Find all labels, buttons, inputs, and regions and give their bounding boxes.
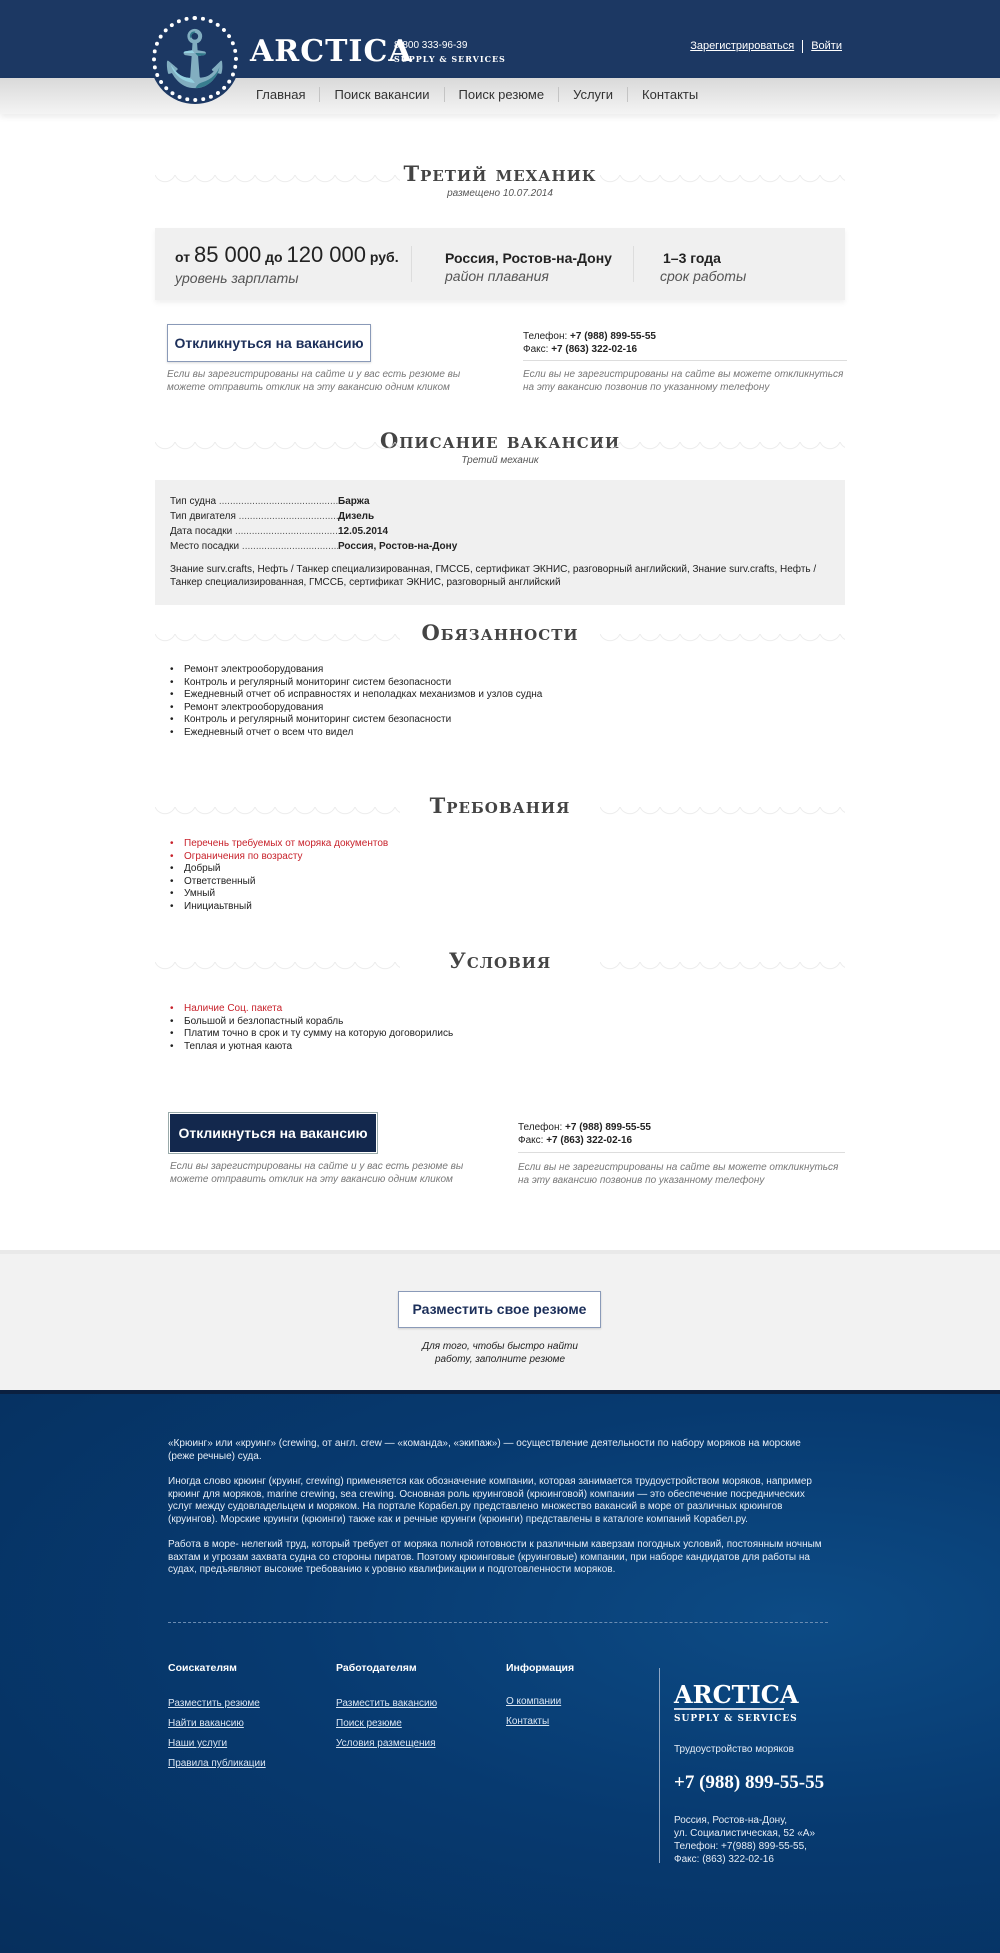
phone-label: Телефон: xyxy=(518,1122,562,1133)
requirements-list: Перечень требуемых от моряка документовО… xyxy=(168,838,388,913)
list-item: Инициаьтвный xyxy=(168,901,388,914)
detail-text: Знание surv.crafts, Нефть / Танкер специ… xyxy=(170,564,835,589)
footer-col-employers: Работодателям Разместить вакансию Поиск … xyxy=(336,1662,437,1758)
fax-value: +7 (863) 322-02-16 xyxy=(546,1135,632,1146)
footer-paragraph: Иногда слово крюинг (круинг, crewing) пр… xyxy=(168,1476,828,1526)
main-nav: Главная Поиск вакансии Поиск резюме Услу… xyxy=(242,87,712,102)
login-link[interactable]: Войти xyxy=(811,40,842,53)
region-caption: район плавания xyxy=(445,268,612,284)
list-item: Ежедневный отчет об исправностях и непол… xyxy=(168,689,542,702)
list-item: Платим точно в срок и ту сумму на котору… xyxy=(168,1028,453,1041)
term-block: 1–3 года срок работы xyxy=(660,250,746,284)
detail-key: Место посадки xyxy=(170,539,338,554)
address-line: ул. Социалистическая, 52 «А» xyxy=(674,1827,815,1840)
divider xyxy=(633,246,634,282)
address-line: Телефон: +7(988) 899-55-55, xyxy=(674,1840,815,1853)
list-item: Контроль и регулярный мониторинг систем … xyxy=(168,714,542,727)
vacancy-header: Третий механик размещено 10.07.2014 xyxy=(155,161,845,199)
address-line: Россия, Ростов-на-Дону, xyxy=(674,1814,815,1827)
detail-value: Россия, Ростов-на-Дону xyxy=(338,539,457,554)
fax-label: Факс: xyxy=(518,1135,543,1146)
registered-note: Если вы зарегистрированы на сайте и у ва… xyxy=(167,368,477,394)
list-item: Перечень требуемых от моряка документов xyxy=(168,838,388,851)
list-item: Теплая и уютная каюта xyxy=(168,1041,453,1054)
detail-value: 12.05.2014 xyxy=(338,524,388,539)
phone-value: +7 (988) 899-55-55 xyxy=(565,1122,651,1133)
footer-address: Россия, Ростов-на-Дону, ул. Социалистиче… xyxy=(674,1814,815,1866)
term-value: 1–3 года xyxy=(660,250,746,266)
detail-key: Дата посадки xyxy=(170,524,338,539)
conditions-list: Наличие Соц. пакетаБольшой и безлопастны… xyxy=(168,1003,453,1053)
footer-link[interactable]: Разместить вакансию xyxy=(336,1698,437,1709)
detail-row: Тип суднаБаржа xyxy=(170,494,830,509)
wave-ornament xyxy=(155,175,400,187)
footer-vertical-divider xyxy=(659,1668,660,1863)
registered-note: Если вы зарегистрированы на сайте и у ва… xyxy=(170,1160,480,1186)
salary-block: от 85 000 до 120 000 руб. уровень зарпла… xyxy=(175,242,399,286)
footer-link[interactable]: Разместить резюме xyxy=(168,1698,266,1709)
footer-col-info: Информация О компании Контакты xyxy=(506,1662,574,1736)
resume-note: Для того, чтобы быстро найти работу, зап… xyxy=(415,1340,585,1366)
register-link[interactable]: Зарегистрироваться xyxy=(690,40,794,53)
footer: «Крюинг» или «круинг» (crewing, от англ.… xyxy=(0,1390,1000,1953)
footer-link[interactable]: Поиск резюме xyxy=(336,1718,437,1729)
footer-link[interactable]: Контакты xyxy=(506,1716,574,1727)
detail-value: Баржа xyxy=(338,494,370,509)
nav-item-services[interactable]: Услуги xyxy=(558,87,627,102)
footer-link[interactable]: Наши услуги xyxy=(168,1738,266,1749)
apply-button-bottom[interactable]: Откликнуться на вакансию xyxy=(170,1114,376,1152)
list-item: Умный xyxy=(168,888,388,901)
detail-key: Тип двигателя xyxy=(170,509,338,524)
section-subtitle: Третий механик xyxy=(155,455,845,466)
anchor-icon[interactable]: ⚓ xyxy=(152,16,238,102)
auth-links: Зарегистрироваться Войти xyxy=(690,40,842,53)
wave-ornament xyxy=(600,807,845,819)
footer-col-title: Информация xyxy=(506,1662,574,1674)
footer-about: «Крюинг» или «круинг» (crewing, от англ.… xyxy=(168,1438,828,1590)
divider xyxy=(523,360,847,361)
post-resume-button[interactable]: Разместить свое резюме xyxy=(398,1291,601,1328)
salary-to: 120 000 xyxy=(286,242,366,267)
unregistered-note: Если вы не зарегистрированы на сайте вы … xyxy=(518,1161,848,1187)
region-block: Россия, Ростов-на-Дону район плавания xyxy=(445,250,612,284)
list-item: Большой и безлопастный корабль xyxy=(168,1016,453,1029)
detail-row: Тип двигателяДизель xyxy=(170,509,830,524)
wave-ornament xyxy=(600,634,845,646)
brand-tagline: SUPPLY & SERVICES xyxy=(394,54,506,64)
detail-value: Дизель xyxy=(338,509,374,524)
phone-value: +7 (988) 899-55-55 xyxy=(570,331,656,342)
auth-separator xyxy=(802,40,803,53)
logo-underline xyxy=(674,1708,784,1710)
region-value: Россия, Ростов-на-Дону xyxy=(445,250,612,266)
salary-to-label: до xyxy=(265,249,282,265)
requirements-header: Требования xyxy=(155,793,845,818)
footer-link[interactable]: Условия размещения xyxy=(336,1738,437,1749)
wave-ornament xyxy=(600,175,845,187)
list-item: Наличие Соц. пакета xyxy=(168,1003,453,1016)
detail-row: Место посадкиРоссия, Ростов-на-Дону xyxy=(170,539,830,554)
nav-item-resume-search[interactable]: Поиск резюме xyxy=(444,87,559,102)
list-item: Ремонт электрооборудования xyxy=(168,664,542,677)
header-bar xyxy=(0,0,1000,78)
wave-ornament xyxy=(155,442,400,454)
description-header: Описание вакансии Третий механик xyxy=(155,428,845,466)
footer-col-seekers: Соискателям Разместить резюме Найти вака… xyxy=(168,1662,266,1778)
wave-ornament xyxy=(600,962,845,974)
duties-list: Ремонт электрооборудованияКонтроль и рег… xyxy=(168,664,542,739)
duties-header: Обязанности xyxy=(155,620,845,645)
footer-link[interactable]: Правила публикации xyxy=(168,1758,266,1769)
unregistered-note: Если вы не зарегистрированы на сайте вы … xyxy=(523,368,853,394)
footer-phone: +7 (988) 899-55-55 xyxy=(674,1772,824,1794)
nav-item-home[interactable]: Главная xyxy=(242,87,319,102)
fax-label: Факс: xyxy=(523,344,548,355)
list-item: Ограничения по возрасту xyxy=(168,851,388,864)
divider xyxy=(518,1152,845,1153)
footer-col-title: Работодателям xyxy=(336,1662,437,1674)
salary-caption: уровень зарплаты xyxy=(175,270,399,286)
nav-item-contacts[interactable]: Контакты xyxy=(627,87,712,102)
list-item: Добрый xyxy=(168,863,388,876)
fax-value: +7 (863) 322-02-16 xyxy=(551,344,637,355)
footer-brand-logo[interactable]: ARCTICA xyxy=(674,1680,798,1709)
list-item: Контроль и регулярный мониторинг систем … xyxy=(168,677,542,690)
footer-paragraph: Работа в море- нелегкий труд, который тр… xyxy=(168,1539,828,1577)
detail-key: Тип судна xyxy=(170,494,338,509)
footer-tagline: Трудоустройство моряков xyxy=(674,1744,794,1755)
list-item: Ремонт электрооборудования xyxy=(168,702,542,715)
list-item: Ответственный xyxy=(168,876,388,889)
salary-from: 85 000 xyxy=(194,242,261,267)
detail-row: Дата посадки12.05.2014 xyxy=(170,524,830,539)
vacancy-details: Тип суднаБаржа Тип двигателяДизель Дата … xyxy=(155,480,845,605)
contact-block: Телефон: +7 (988) 899-55-55 Факс: +7 (86… xyxy=(523,330,656,356)
header-phone: 8 800 333-96-39 xyxy=(394,40,467,51)
footer-brand-tagline: SUPPLY & SERVICES xyxy=(674,1714,798,1724)
vacancy-summary: от 85 000 до 120 000 руб. уровень зарпла… xyxy=(155,228,845,300)
list-item: Ежедневный отчет о всем что видел xyxy=(168,727,542,740)
wave-ornament xyxy=(600,442,845,454)
footer-divider xyxy=(168,1622,828,1623)
salary-currency: руб. xyxy=(370,249,399,265)
divider xyxy=(411,246,412,282)
term-caption: срок работы xyxy=(660,268,746,284)
brand-logo[interactable]: ARCTICA xyxy=(250,34,413,69)
address-line: Факс: (863) 322-02-16 xyxy=(674,1853,815,1866)
nav-item-vacancy-search[interactable]: Поиск вакансии xyxy=(319,87,443,102)
apply-button[interactable]: Откликнуться на вакансию xyxy=(167,324,371,362)
footer-paragraph: «Крюинг» или «круинг» (crewing, от англ.… xyxy=(168,1438,828,1463)
contact-block: Телефон: +7 (988) 899-55-55 Факс: +7 (86… xyxy=(518,1121,651,1147)
footer-col-title: Соискателям xyxy=(168,1662,266,1674)
wave-ornament xyxy=(155,807,400,819)
wave-ornament xyxy=(155,962,400,974)
footer-link[interactable]: О компании xyxy=(506,1696,574,1707)
phone-label: Телефон: xyxy=(523,331,567,342)
conditions-header: Условия xyxy=(155,948,845,973)
wave-ornament xyxy=(155,634,400,646)
footer-link[interactable]: Найти вакансию xyxy=(168,1718,266,1729)
posted-date: размещено 10.07.2014 xyxy=(155,188,845,199)
salary-from-label: от xyxy=(175,249,190,265)
